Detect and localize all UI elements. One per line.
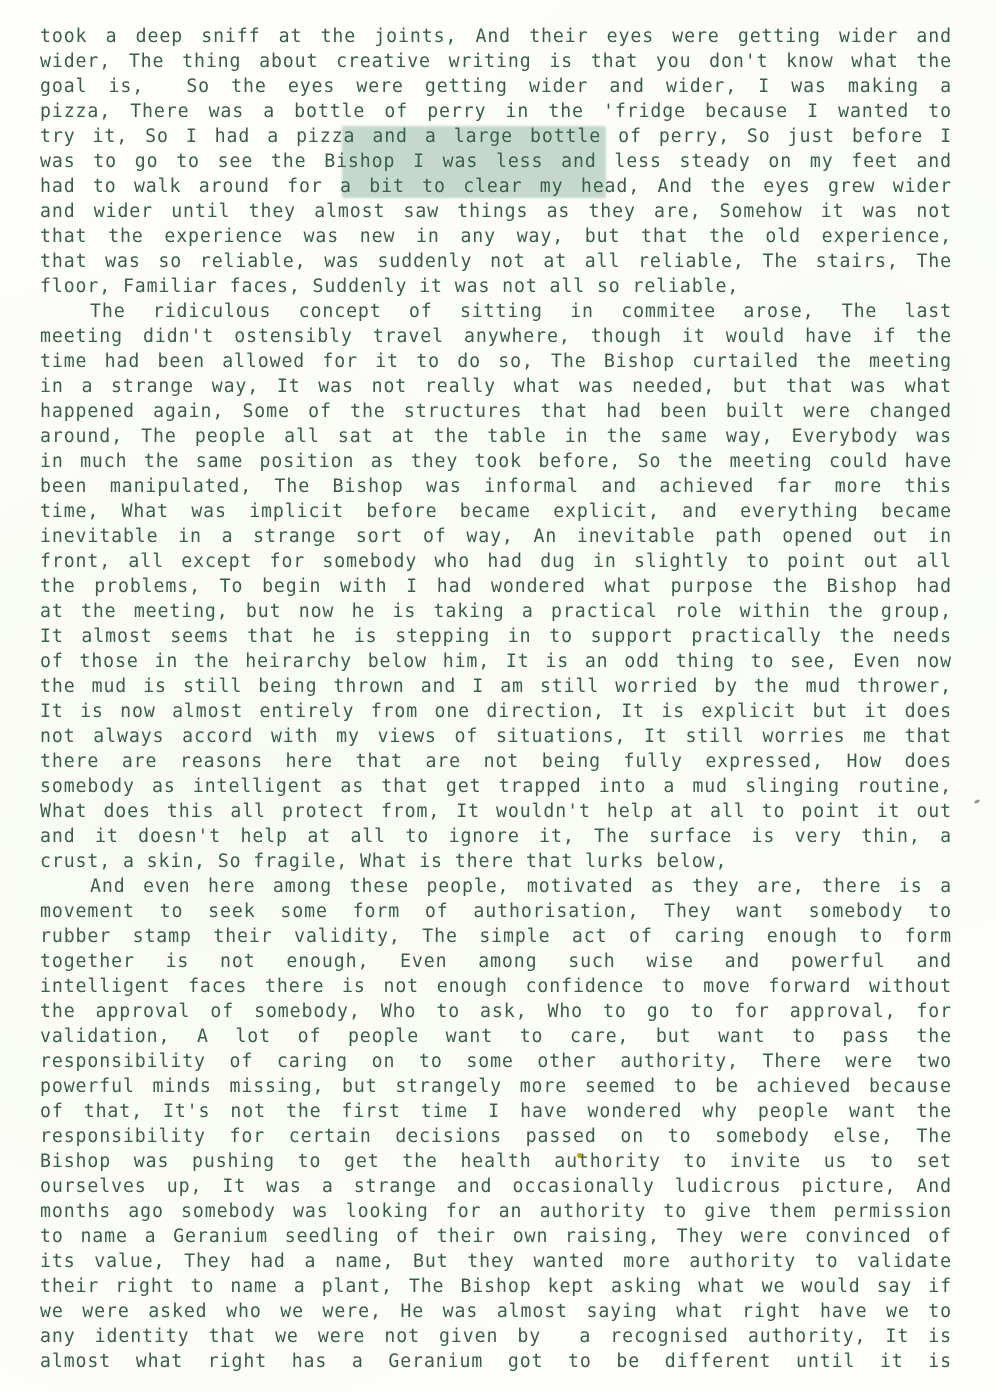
text-line: that the experience was new in any way, … — [40, 224, 952, 249]
text-line: The ridiculous concept of sitting in com… — [40, 299, 952, 324]
text-line: the approval of somebody, Who to ask, Wh… — [40, 999, 952, 1024]
text-line: happened again, Some of the structures t… — [40, 399, 952, 424]
text-line: any identity that we were not given by a… — [40, 1324, 952, 1349]
text-line: wider, The thing about creative writing … — [40, 49, 952, 74]
text-line: almost what right has a Geranium got to … — [40, 1349, 952, 1374]
text-line: meeting didn't ostensibly travel anywher… — [40, 324, 952, 349]
text-line: in much the same position as they took b… — [40, 449, 952, 474]
text-line: And even here among these people, motiva… — [40, 874, 952, 899]
paragraph: The ridiculous concept of sitting in com… — [40, 299, 952, 874]
text-line: and it doesn't help at all to ignore it,… — [40, 824, 952, 849]
text-line: in a strange way, It was not really what… — [40, 374, 952, 399]
ink-speck — [974, 799, 981, 804]
text-line: we were asked who we were, He was almost… — [40, 1299, 952, 1324]
text-line: goal is, So the eyes were getting wider … — [40, 74, 952, 99]
text-line: inevitable in a strange sort of way, An … — [40, 524, 952, 549]
text-line: had to walk around for a bit to clear my… — [40, 174, 952, 199]
text-line: and wider until they almost saw things a… — [40, 199, 952, 224]
text-line: Bishop was pushing to get the health aut… — [40, 1149, 952, 1174]
text-line: powerful minds missing, but strangely mo… — [40, 1074, 952, 1099]
text-line: that was so reliable, was suddenly not a… — [40, 249, 952, 274]
text-line: movement to seek some form of authorisat… — [40, 899, 952, 924]
text-line: responsibility of caring on to some othe… — [40, 1049, 952, 1074]
text-line: ourselves up, It was a strange and occas… — [40, 1174, 952, 1199]
text-line: It is now almost entirely from one direc… — [40, 699, 952, 724]
text-line: time, What was implicit before became ex… — [40, 499, 952, 524]
text-line: of that, It's not the first time I have … — [40, 1099, 952, 1124]
text-line: their right to name a plant, The Bishop … — [40, 1274, 952, 1299]
text-line: not always accord with my views of situa… — [40, 724, 952, 749]
text-line: It almost seems that he is stepping in t… — [40, 624, 952, 649]
document-page: took a deep sniff at the joints, And the… — [0, 0, 996, 1392]
text-line: around, The people all sat at the table … — [40, 424, 952, 449]
ink-speck — [577, 1153, 582, 1158]
text-line: validation, A lot of people want to care… — [40, 1024, 952, 1049]
text-line: the problems, To begin with I had wonder… — [40, 574, 952, 599]
text-line: together is not enough, Even among such … — [40, 949, 952, 974]
text-line: somebody as intelligent as that get trap… — [40, 774, 952, 799]
text-line: the mud is still being thrown and I am s… — [40, 674, 952, 699]
text-line: try it, So I had a pizza and a large bot… — [40, 124, 952, 149]
text-line: its value, They had a name, But they wan… — [40, 1249, 952, 1274]
typed-text-body: took a deep sniff at the joints, And the… — [40, 24, 952, 1374]
text-line: time had been allowed for it to do so, T… — [40, 349, 952, 374]
text-line: took a deep sniff at the joints, And the… — [40, 24, 952, 49]
text-line: crust, a skin, So fragile, What is there… — [40, 849, 952, 874]
text-line: to name a Geranium seedling of their own… — [40, 1224, 952, 1249]
text-line: months ago somebody was looking for an a… — [40, 1199, 952, 1224]
paragraph: And even here among these people, motiva… — [40, 874, 952, 1374]
text-line: was to go to see the Bishop I was less a… — [40, 149, 952, 174]
text-line: floor, Familiar faces, Suddenly it was n… — [40, 274, 952, 299]
paragraph: took a deep sniff at the joints, And the… — [40, 24, 952, 299]
text-line: front, all except for somebody who had d… — [40, 549, 952, 574]
text-line: rubber stamp their validity, The simple … — [40, 924, 952, 949]
text-line: there are reasons here that are not bein… — [40, 749, 952, 774]
text-line: responsibility for certain decisions pas… — [40, 1124, 952, 1149]
text-line: been manipulated, The Bishop was informa… — [40, 474, 952, 499]
text-line: at the meeting, but now he is taking a p… — [40, 599, 952, 624]
text-line: intelligent faces there is not enough co… — [40, 974, 952, 999]
text-line: of those in the heirarchy below him, It … — [40, 649, 952, 674]
text-line: pizza, There was a bottle of perry in th… — [40, 99, 952, 124]
text-line: What does this all protect from, It woul… — [40, 799, 952, 824]
